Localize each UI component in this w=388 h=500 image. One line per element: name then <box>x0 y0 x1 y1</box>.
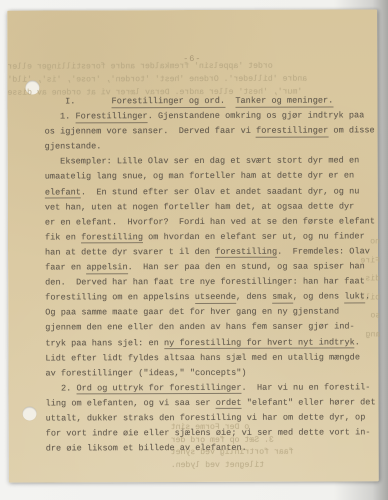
underlined-text: forestilling <box>81 232 143 244</box>
bleed-line: tilegnet ved lyden. <box>171 459 371 472</box>
underlined-text: ny forestilling for hvert nyt indtryk <box>164 337 355 349</box>
underlined-text: Forestillinger <box>75 111 147 123</box>
underlined-text: Ord og uttryk for forestillinger <box>76 383 241 395</box>
text: Eksempler: Lille Olav ser en dag et svær… <box>45 156 360 167</box>
underlined-text: utseende <box>195 292 236 304</box>
underlined-text: forestillinger <box>256 126 328 138</box>
text: "elefant" eller hører det <box>242 397 376 407</box>
text: er en elefant. Hvorfor? Fordi han ved at… <box>45 216 375 227</box>
typed-line: elefant. En stund efter ser Olav et ande… <box>45 184 361 200</box>
text: vet han, uten at nogen forteller ham det… <box>45 201 354 212</box>
text: for vort indre øie eller sjælens øie; vi… <box>46 427 371 438</box>
typed-line: av forestillinger ("ideas," "concepts") <box>45 365 361 381</box>
text: 2. <box>45 383 76 393</box>
text: faar en <box>45 262 86 272</box>
text: gjenstande. <box>45 142 102 152</box>
bleed-line: ordet 'appelsin' fremkalder andre forest… <box>7 60 329 74</box>
underlined-text: Tanker og meninger. <box>235 96 333 108</box>
typed-line: Eksempler: Lille Olav ser en dag et svær… <box>45 154 361 170</box>
underlined-text: Forestillinger og ord. <box>112 96 226 108</box>
text: , og dens <box>293 292 345 302</box>
scanned-page: -6- ordet 'appelsin' fremkalder andre fo… <box>7 9 379 482</box>
text: I. <box>44 96 111 106</box>
text: dre øie liksom et billede av elefanten. <box>46 443 247 454</box>
underlined-text: appelsin <box>86 262 127 274</box>
text: . <box>365 292 370 302</box>
typed-line: 1. Forestillinger. Gjenstandene omkring … <box>45 109 361 125</box>
typed-line: vet han, uten at nogen forteller ham det… <box>45 199 361 215</box>
text: . Fremdeles: Olav <box>277 246 370 256</box>
text: Lidt efter lidt fyldes altsaa hans sjæl … <box>45 352 360 363</box>
typed-line: faar en appelsin. Han ser paa den en stu… <box>45 259 361 275</box>
typed-line: den. Derved har han faat tre nye foresti… <box>45 275 361 291</box>
typed-line: os igjennem vore sanser. Derved faar vi … <box>45 124 361 140</box>
text: . Har vi nu en forestil- <box>241 382 370 392</box>
text: om hvordan en elefant ser ut, og nu find… <box>143 231 365 242</box>
underlined-text: ordet <box>216 398 242 410</box>
typed-line: uttalt, dukker straks den forestilling v… <box>46 410 362 426</box>
text: tryk paa hans sjel: en <box>45 338 164 348</box>
text: fik en <box>45 232 81 242</box>
text: forestilling om en appelsins <box>45 292 195 303</box>
text: om disse <box>328 126 374 136</box>
text: . Han ser paa den en stund, og saa spise… <box>128 261 365 272</box>
typed-line: fik en forestilling om hvordan en elefan… <box>45 229 361 245</box>
typed-line: er en elefant. Hvorfor? Fordi han ved at… <box>45 214 361 230</box>
typed-line: I. Forestillinger og ord. Tanker og meni… <box>44 93 360 109</box>
text <box>225 96 235 106</box>
text: ling om elefanten, og vi saa ser <box>46 398 216 409</box>
typed-line: gjenstande. <box>45 139 361 155</box>
typed-line: Og paa samme maate gaar det for hver gan… <box>45 305 361 321</box>
bleed-line: andre 'billeder'. Ordene 'hest' 'torden'… <box>7 73 329 87</box>
underlined-text: elefant <box>45 187 81 199</box>
text: , dens <box>236 292 272 302</box>
typed-text-block: I. Forestillinger og ord. Tanker og meni… <box>44 93 361 456</box>
underlined-text: forestilling <box>215 247 277 259</box>
text: 1. <box>45 112 76 122</box>
typed-line: dre øie liksom et billede av elefanten. <box>46 441 362 457</box>
text: han at dette dyr svarer t il den <box>45 247 215 258</box>
typed-line: han at dette dyr svarer t il den foresti… <box>45 244 361 260</box>
text: Og paa samme maate gaar det for hver gan… <box>45 307 339 318</box>
text: . En stund efter ser Olav et andet saada… <box>81 186 360 197</box>
text: den. Derved har han faat tre nye foresti… <box>45 277 365 288</box>
typed-line: for vort indre øie eller sjælens øie; vi… <box>46 425 362 441</box>
typed-line: gjennem den ene eller den anden av hans … <box>45 320 361 336</box>
typed-line: umaatelig lang snue, og man forteller ha… <box>45 169 361 185</box>
underlined-text: lukt <box>344 292 365 304</box>
text: . Gjenstandene omkring os gjør indtryk p… <box>148 110 365 121</box>
text: umaatelig lang snue, og man forteller ha… <box>45 171 354 182</box>
text: uttalt, dukker straks den forestilling v… <box>46 412 366 423</box>
text: . <box>355 337 360 347</box>
text: os igjennem vore sanser. Derved faar vi <box>45 126 256 137</box>
text: gjennem den ene eller den anden av hans … <box>45 322 354 333</box>
typed-line: tryk paa hans sjel: en ny forestilling f… <box>45 335 361 351</box>
underlined-text: smak <box>272 292 293 304</box>
typed-line: forestilling om en appelsins utseende, d… <box>45 290 361 306</box>
text: av forestillinger ("ideas," "concepts") <box>45 368 246 379</box>
hole-punch-bottom <box>23 407 37 421</box>
typed-line: Lidt efter lidt fyldes altsaa hans sjæl … <box>45 350 361 366</box>
typed-line: ling om elefanten, og vi saa ser ordet "… <box>46 395 362 411</box>
typed-line: 2. Ord og uttryk for forestillinger. Har… <box>45 380 361 396</box>
